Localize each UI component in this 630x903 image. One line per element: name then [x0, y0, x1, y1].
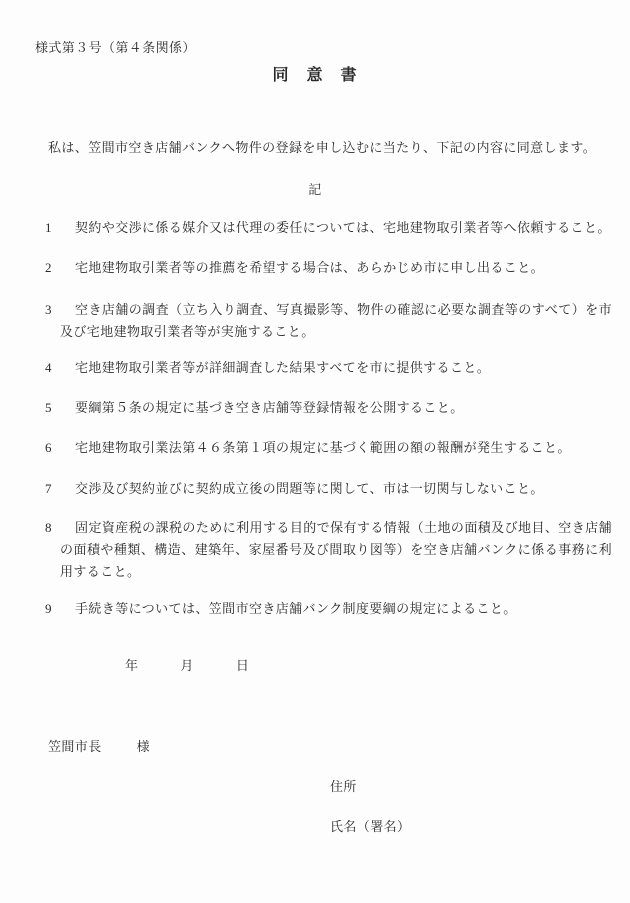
item-number: 6	[45, 437, 75, 459]
item-number: 5	[45, 397, 75, 419]
consent-item-2: 2宅地建物取引業者等の推薦を希望する場合は、あらかじめ市に申し出ること。	[45, 257, 612, 279]
addressee-line: 笠間市長様	[48, 736, 150, 758]
day-label: 日	[236, 658, 249, 673]
addressee: 笠間市長	[48, 739, 102, 754]
item-number: 4	[45, 357, 75, 379]
item-number: 9	[45, 598, 75, 620]
consent-item-7: 7交渉及び契約並びに契約成立後の問題等に関して、市は一切関与しないこと。	[45, 478, 612, 500]
item-text: 固定資産税の課税のために利用する目的で保有する情報（土地の面積及び地目、空き店舗…	[60, 520, 612, 579]
item-text: 手続き等については、笠間市空き店舗バンク制度要綱の規定によること。	[75, 601, 517, 616]
honorific: 様	[137, 739, 150, 754]
item-text: 宅地建物取引業者等が詳細調査した結果すべてを市に提供すること。	[75, 360, 490, 375]
address-label: 住所	[330, 776, 357, 798]
name-label: 氏名（署名）	[330, 816, 410, 838]
document-page: 様式第３号（第４条関係） 同 意 書 私は、笠間市空き店舗バンクへ物件の登録を申…	[0, 0, 630, 903]
consent-item-5: 5要綱第５条の規定に基づき空き店舗等登録情報を公開すること。	[45, 397, 612, 419]
item-text: 宅地建物取引業法第４６条第１項の規定に基づく範囲の額の報酬が発生すること。	[75, 440, 571, 455]
item-text: 要綱第５条の規定に基づき空き店舗等登録情報を公開すること。	[75, 400, 464, 415]
item-number: 1	[45, 217, 75, 239]
item-number: 8	[45, 517, 75, 539]
document-title: 同 意 書	[0, 64, 630, 88]
form-number: 様式第３号（第４条関係）	[35, 37, 196, 59]
item-text: 空き店舗の調査（立ち入り調査、写真撮影等、物件の確認に必要な調査等のすべて）を市…	[60, 302, 612, 339]
consent-item-4: 4宅地建物取引業者等が詳細調査した結果すべてを市に提供すること。	[45, 357, 612, 379]
year-label: 年	[125, 658, 138, 673]
item-text: 交渉及び契約並びに契約成立後の問題等に関して、市は一切関与しないこと。	[75, 481, 544, 496]
intro-paragraph: 私は、笠間市空き店舗バンクへ物件の登録を申し込むに当たり、下記の内容に同意します…	[35, 137, 597, 159]
consent-item-6: 6宅地建物取引業法第４６条第１項の規定に基づく範囲の額の報酬が発生すること。	[45, 437, 612, 459]
item-text: 宅地建物取引業者等の推薦を希望する場合は、あらかじめ市に申し出ること。	[75, 260, 544, 275]
consent-item-9: 9手続き等については、笠間市空き店舗バンク制度要綱の規定によること。	[45, 598, 612, 620]
item-number: 2	[45, 257, 75, 279]
item-text: 契約や交渉に係る媒介又は代理の委任については、宅地建物取引業者等へ依頼すること。	[75, 220, 611, 235]
consent-item-1: 1契約や交渉に係る媒介又は代理の委任については、宅地建物取引業者等へ依頼すること…	[45, 217, 612, 239]
item-number: 3	[45, 299, 75, 321]
consent-item-3: 3空き店舗の調査（立ち入り調査、写真撮影等、物件の確認に必要な調査等のすべて）を…	[45, 299, 612, 343]
consent-item-8: 8固定資産税の課税のために利用する目的で保有する情報（土地の面積及び地目、空き店…	[45, 517, 612, 583]
month-label: 月	[180, 658, 193, 673]
item-number: 7	[45, 478, 75, 500]
record-marker: 記	[0, 179, 630, 201]
date-line: 年月日	[125, 655, 249, 677]
